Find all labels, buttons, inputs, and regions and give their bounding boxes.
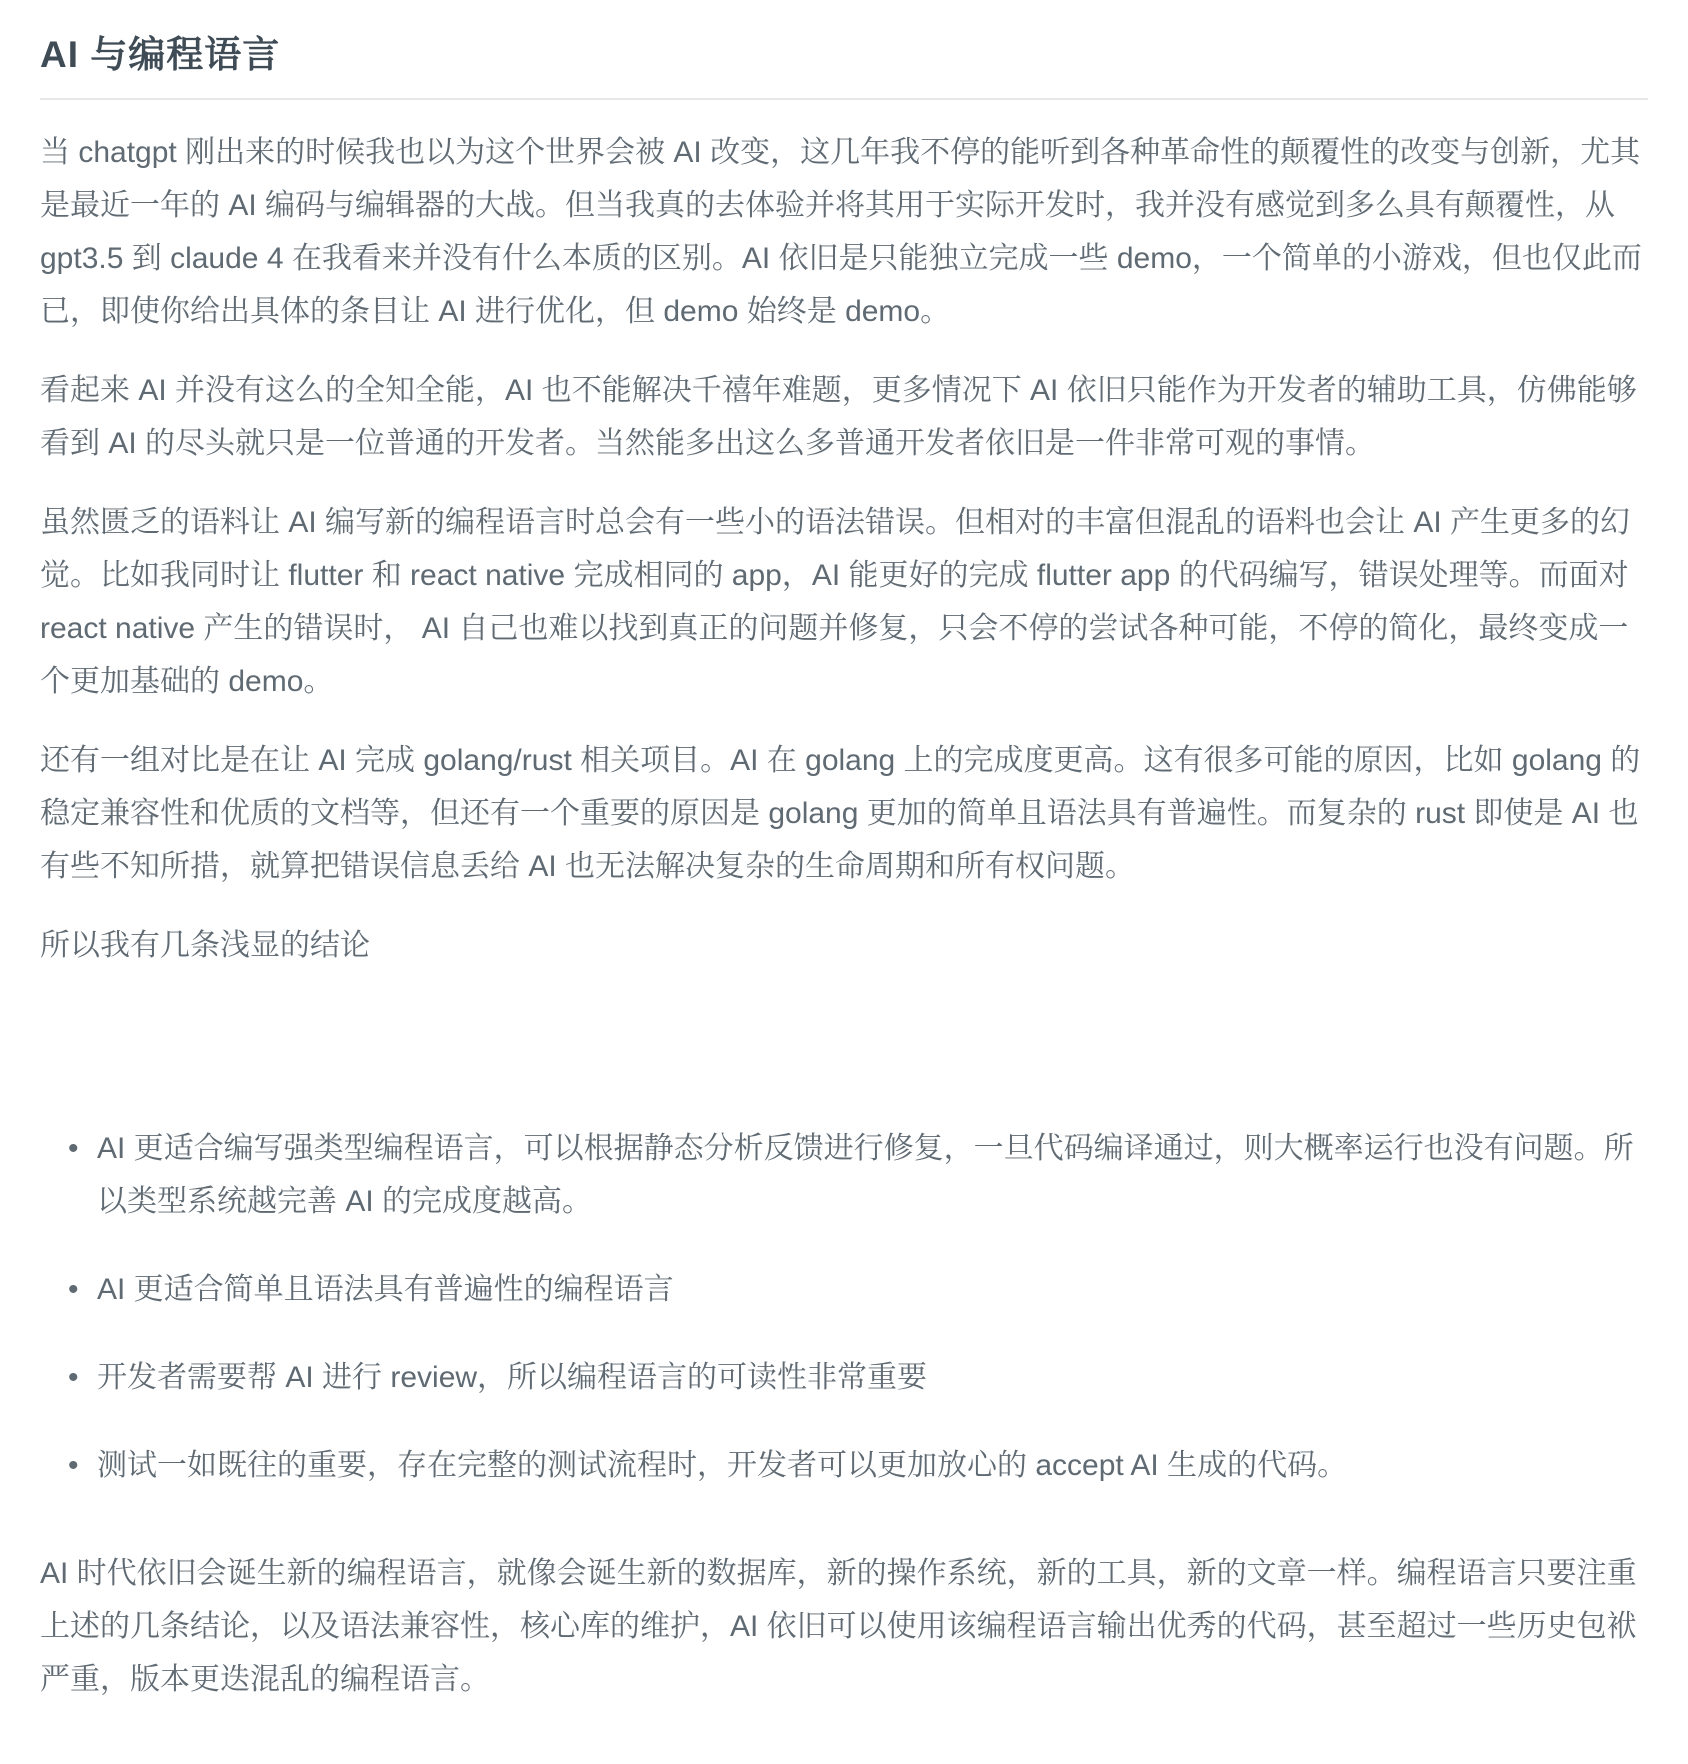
title-divider [40,98,1648,100]
paragraph-ai-not-omniscient: 看起来 AI 并没有这么的全知全能，AI 也不能解决千禧年难题，更多情况下 AI… [40,364,1648,470]
conclusion-item-review-readability: 开发者需要帮 AI 进行 review，所以编程语言的可读性非常重要 [40,1351,1648,1404]
conclusion-intro: 所以我有几条浅显的结论 [40,919,1648,972]
article: AI 与编程语言 当 chatgpt 刚出来的时候我也以为这个世界会被 AI 改… [0,0,1688,1762]
page-title: AI 与编程语言 [40,18,1648,98]
paragraph-intro-ai-change: 当 chatgpt 刚出来的时候我也以为这个世界会被 AI 改变，这几年我不停的… [40,126,1648,338]
paragraph-golang-rust: 还有一组对比是在让 AI 完成 golang/rust 相关项目。AI 在 go… [40,734,1648,893]
conclusion-list: AI 更适合编写强类型编程语言，可以根据静态分析反馈进行修复，一旦代码编译通过，… [40,1122,1648,1492]
conclusion-item-simple-syntax: AI 更适合简单且语法具有普遍性的编程语言 [40,1263,1648,1316]
closing-paragraph: AI 时代依旧会诞生新的编程语言，就像会诞生新的数据库，新的操作系统，新的工具，… [40,1547,1648,1706]
conclusion-item-strong-typing: AI 更适合编写强类型编程语言，可以根据静态分析反馈进行修复，一旦代码编译通过，… [40,1122,1648,1228]
paragraph-corpus-flutter-react: 虽然匮乏的语料让 AI 编写新的编程语言时总会有一些小的语法错误。但相对的丰富但… [40,496,1648,708]
conclusion-item-testing: 测试一如既往的重要，存在完整的测试流程时，开发者可以更加放心的 accept A… [40,1439,1648,1492]
